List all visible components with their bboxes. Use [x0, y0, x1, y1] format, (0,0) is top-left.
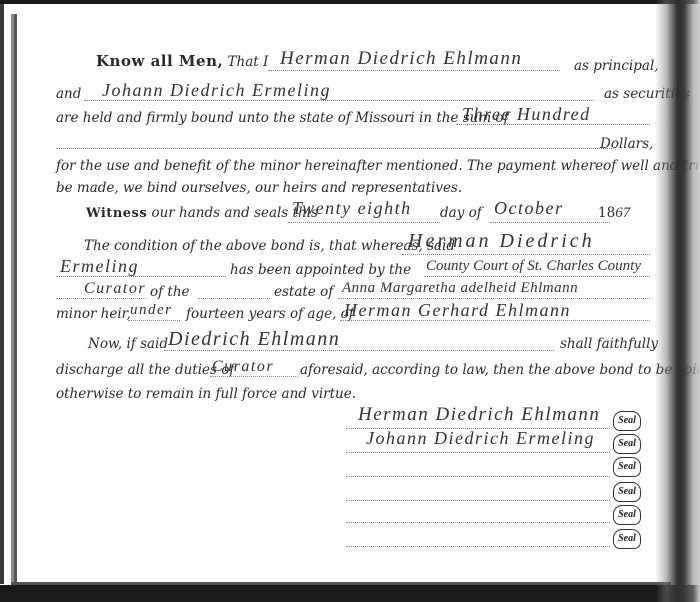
use-benefit-text: for the use and benefit of the minor her… — [56, 158, 700, 174]
month-line — [490, 222, 610, 223]
held-bound-text: are held and firmly bound unto the state… — [56, 110, 509, 126]
otherwise-text: otherwise to remain in full force and vi… — [56, 386, 356, 402]
seal-icon-6: Seal — [613, 529, 641, 549]
court-line — [424, 276, 650, 277]
signature-line-3 — [346, 476, 610, 477]
book-spine-shadow — [655, 0, 700, 602]
witness-heading: Witness — [86, 206, 147, 221]
court-name: County Court of St. Charles County — [426, 258, 641, 275]
signature-line-4 — [346, 500, 610, 501]
year-prefix: 18 — [598, 205, 615, 221]
bind-text: be made, we bind ourselves, our heirs an… — [56, 180, 462, 196]
day-value: Twenty eighth — [292, 198, 412, 219]
aforesaid-text: aforesaid, according to law, then the ab… — [300, 362, 700, 378]
year-text: 1867 — [598, 205, 630, 222]
scan-top-edge — [0, 0, 700, 4]
as-principal-text: as principal, — [574, 58, 659, 74]
minor-heir-text: minor heir, — [56, 306, 131, 322]
page-border-left-inner — [14, 14, 17, 584]
day-line — [288, 222, 440, 223]
of-the-text: of the — [150, 284, 190, 300]
signature-line-2 — [346, 452, 610, 453]
age-qualifier: under — [130, 302, 173, 319]
month-value: October — [494, 198, 563, 219]
seal-icon-4: Seal — [613, 482, 641, 502]
role-value: Curator — [84, 280, 146, 298]
sum-continuation-line — [56, 148, 612, 149]
security-name: Johann Diedrich Ermeling — [102, 80, 331, 101]
parent-name: Herman Gerhard Ehlmann — [344, 300, 571, 321]
sum-amount: Three Hundred — [462, 104, 591, 125]
condition-name-part2: Ermeling — [60, 256, 139, 277]
know-all-men-heading: Know all Men, — [96, 52, 223, 70]
witness-line: Witness our hands and seals this — [86, 205, 318, 221]
faithfully-text: shall faithfully — [560, 336, 658, 352]
appointed-text: has been appointed by the — [230, 262, 411, 278]
principal-name: Herman Diedrich Ehlmann — [280, 48, 522, 70]
now-text: Now, if said — [88, 336, 168, 352]
discharge-role-line — [210, 376, 298, 377]
age-qualifier-line — [128, 320, 180, 321]
that-i-text: That I — [228, 54, 269, 70]
and-text: and — [56, 86, 81, 102]
condition-text: The condition of the above bond is, that… — [84, 238, 455, 254]
discharge-role: Curator — [212, 358, 274, 376]
scan-bottom-edge — [0, 585, 700, 602]
scan-left-edge — [0, 4, 4, 584]
year-value: 67 — [615, 205, 630, 221]
estate-of-text: estate of — [274, 284, 333, 300]
condition-name-line — [402, 254, 650, 255]
seal-icon-5: Seal — [613, 505, 641, 525]
opening-line: Know all Men, That I — [96, 52, 268, 70]
seal-icon-3: Seal — [613, 457, 641, 477]
of-the-line — [198, 298, 270, 299]
estate-name: Anna Margaretha adelheid Ehlmann — [342, 280, 578, 297]
day-of-text: day of — [440, 205, 482, 221]
signature-line-5 — [346, 522, 610, 523]
seal-icon-1: Seal — [613, 411, 641, 431]
discharge-text: discharge all the duties of — [56, 362, 234, 378]
condition-name-part1: Herman Diedrich — [408, 230, 595, 253]
signature-1: Herman Diedrich Ehlmann — [358, 404, 600, 426]
signature-line-6 — [346, 546, 610, 547]
seal-icon-2: Seal — [613, 434, 641, 454]
principal-line — [268, 70, 560, 71]
role-line — [56, 298, 146, 299]
age-text: fourteen years of age, of — [186, 306, 354, 322]
now-name: Diedrich Ehlmann — [168, 328, 340, 351]
estate-name-line — [338, 298, 650, 299]
dollars-text: Dollars, — [600, 136, 653, 152]
signature-2: Johann Diedrich Ermeling — [366, 428, 595, 449]
